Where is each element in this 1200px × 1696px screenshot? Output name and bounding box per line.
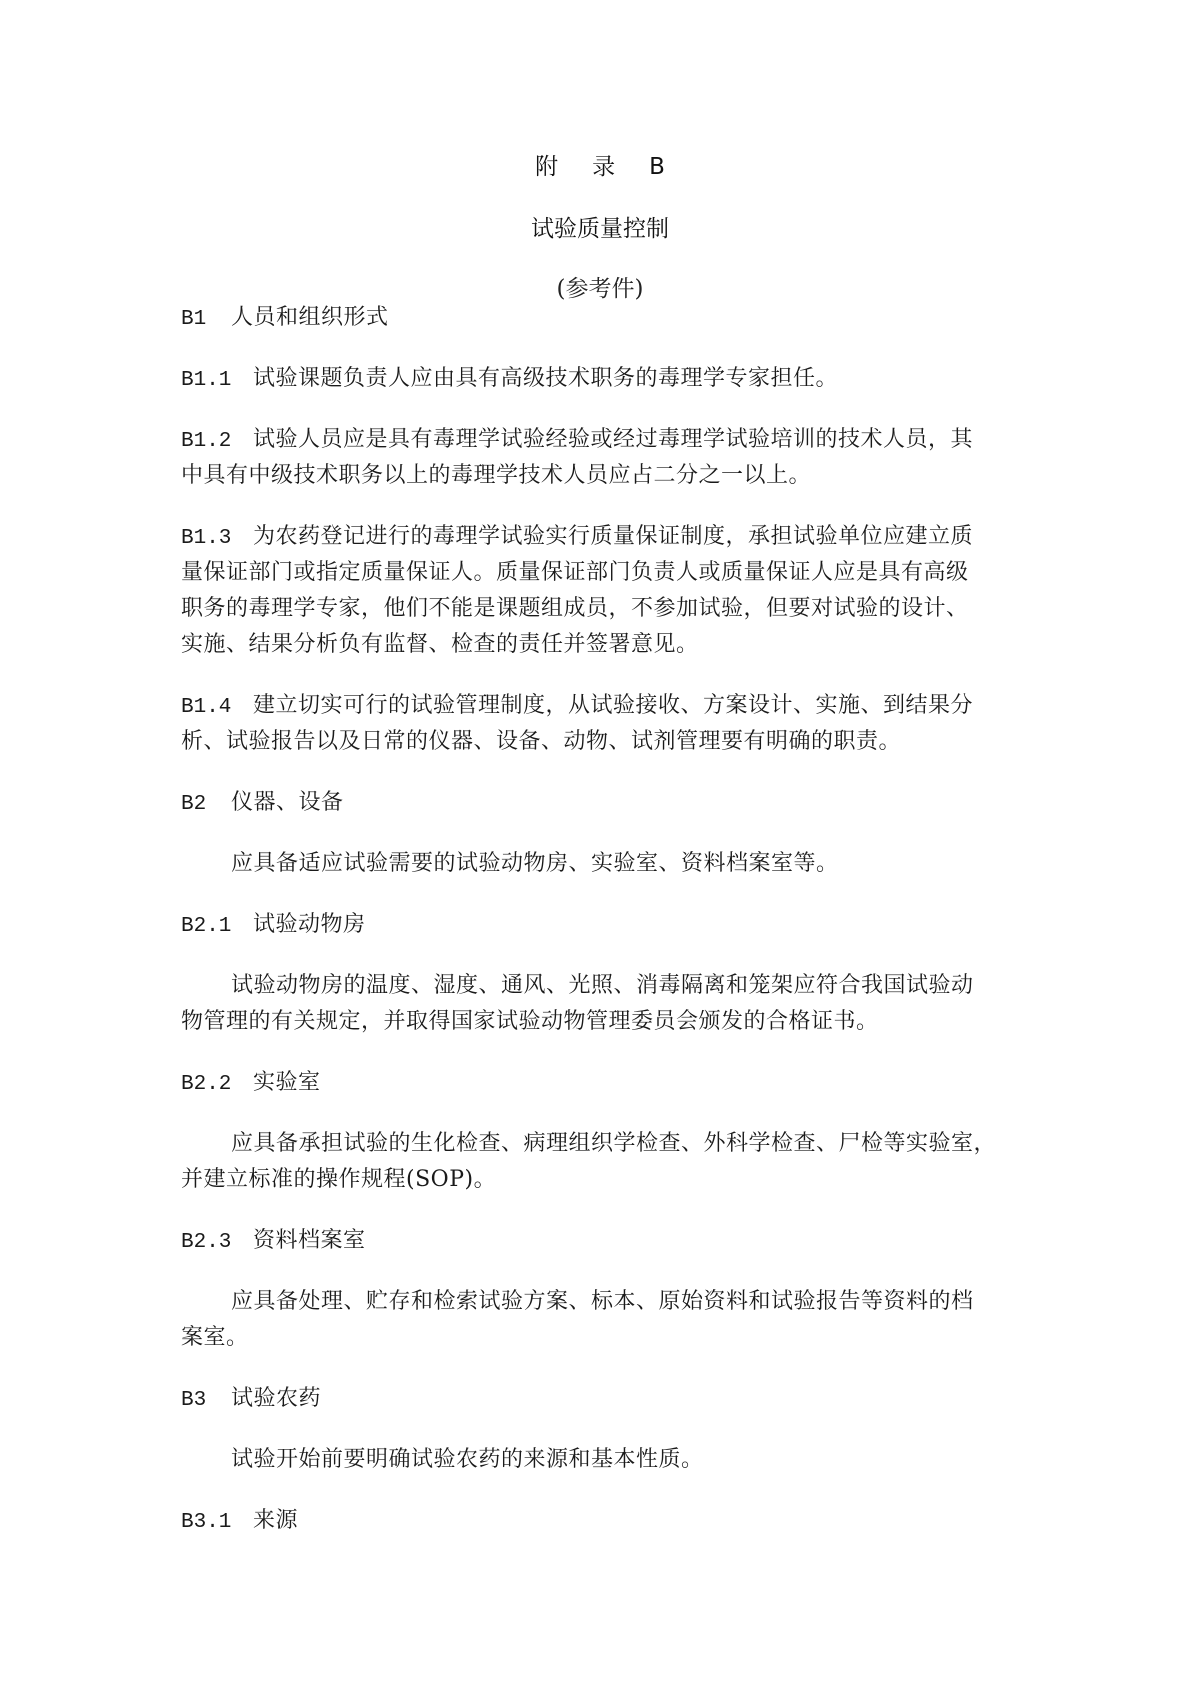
clause-text: 为农药登记进行的毒理学试验实行质量保证制度，承担试验单位应建立质 <box>253 524 973 549</box>
clause-b1-3-cont-2: 职务的毒理学专家，他们不能是课题组成员，不参加试验，但要对试验的设计、 <box>181 591 1021 627</box>
clause-text: 试验人员应是具有毒理学试验经验或经过毒理学试验培训的技术人员，其 <box>253 427 973 452</box>
section-heading-text: 仪器、设备 <box>231 790 344 815</box>
clause-text: 建立切实可行的试验管理制度，从试验接收、方案设计、实施、到结果分 <box>253 693 973 718</box>
section-number: B1 <box>181 302 231 338</box>
clause-number: B1.4 <box>181 690 253 726</box>
clause-number: B1.1 <box>181 363 253 399</box>
clause-b2-2-paragraph-cont: 并建立标准的操作规程(SOP)。 <box>181 1162 1021 1198</box>
appendix-word-2: 录 <box>592 154 615 180</box>
appendix-word-1: 附 <box>535 154 558 180</box>
clause-b1-1: B1.1试验课题负责人应由具有高级技术职务的毒理学专家担任。 <box>181 361 1021 399</box>
clause-b1-4: B1.4建立切实可行的试验管理制度，从试验接收、方案设计、实施、到结果分 <box>181 688 1021 726</box>
section-heading-text: 试验农药 <box>231 1386 321 1411</box>
clause-text: 试验课题负责人应由具有高级技术职务的毒理学专家担任。 <box>253 366 838 391</box>
clause-heading-text: 试验动物房 <box>253 912 366 937</box>
clause-heading-text: 实验室 <box>253 1070 321 1095</box>
clause-number: B1.3 <box>181 521 253 557</box>
clause-heading-b2-2: B2.2实验室 <box>181 1065 1021 1103</box>
clause-heading-text: 来源 <box>253 1508 298 1533</box>
clause-b1-3-cont-1: 量保证部门或指定质量保证人。质量保证部门负责人或质量保证人应是具有高级 <box>181 555 1021 591</box>
clause-number: B2.2 <box>181 1067 253 1103</box>
section-heading-b2: B2仪器、设备 <box>181 785 1021 823</box>
clause-b2-3-paragraph: 应具备处理、贮存和检索试验方案、标本、原始资料和试验报告等资料的档 <box>181 1284 1071 1320</box>
clause-b2-3-paragraph-cont: 案室。 <box>181 1320 1021 1356</box>
section-number: B3 <box>181 1383 231 1419</box>
section-heading-text: 人员和组织形式 <box>231 305 389 330</box>
clause-heading-b2-1: B2.1试验动物房 <box>181 907 1021 945</box>
clause-number: B1.2 <box>181 424 253 460</box>
reference-note: (参考件) <box>0 270 1200 303</box>
clause-b1-3-cont-3: 实施、结果分析负有监督、检查的责任并签署意见。 <box>181 627 1021 663</box>
clause-b1-4-cont: 析、试验报告以及日常的仪器、设备、动物、试剂管理要有明确的职责。 <box>181 724 1021 760</box>
document-page: 附录B 试验质量控制 (参考件) B1人员和组织形式 B1.1试验课题负责人应由… <box>0 0 1200 1696</box>
clause-b1-3: B1.3为农药登记进行的毒理学试验实行质量保证制度，承担试验单位应建立质 <box>181 519 1021 557</box>
clause-heading-b2-3: B2.3资料档案室 <box>181 1223 1021 1261</box>
page-title: 试验质量控制 <box>0 210 1200 243</box>
appendix-letter: B <box>649 154 665 180</box>
clause-b2-1-paragraph: 试验动物房的温度、湿度、通风、光照、消毒隔离和笼架应符合我国试验动 <box>181 968 1071 1004</box>
section-heading-b3: B3试验农药 <box>181 1381 1021 1419</box>
clause-heading-b3-1: B3.1来源 <box>181 1503 1021 1541</box>
clause-number: B3.1 <box>181 1505 253 1541</box>
clause-b1-2: B1.2试验人员应是具有毒理学试验经验或经过毒理学试验培训的技术人员，其 <box>181 422 1021 460</box>
clause-b1-2-cont: 中具有中级技术职务以上的毒理学技术人员应占二分之一以上。 <box>181 458 1021 494</box>
clause-b2-1-paragraph-cont: 物管理的有关规定，并取得国家试验动物管理委员会颁发的合格证书。 <box>181 1004 1021 1040</box>
clause-heading-text: 资料档案室 <box>253 1228 366 1253</box>
appendix-label: 附录B <box>0 148 1200 181</box>
section-heading-b1: B1人员和组织形式 <box>181 300 1021 338</box>
clause-number: B2.1 <box>181 909 253 945</box>
section-b2-paragraph: 应具备适应试验需要的试验动物房、实验室、资料档案室等。 <box>181 846 1071 882</box>
section-number: B2 <box>181 787 231 823</box>
clause-b2-2-paragraph: 应具备承担试验的生化检查、病理组织学检查、外科学检查、尸检等实验室， <box>181 1126 1071 1162</box>
section-b3-paragraph: 试验开始前要明确试验农药的来源和基本性质。 <box>181 1442 1071 1478</box>
clause-number: B2.3 <box>181 1225 253 1261</box>
